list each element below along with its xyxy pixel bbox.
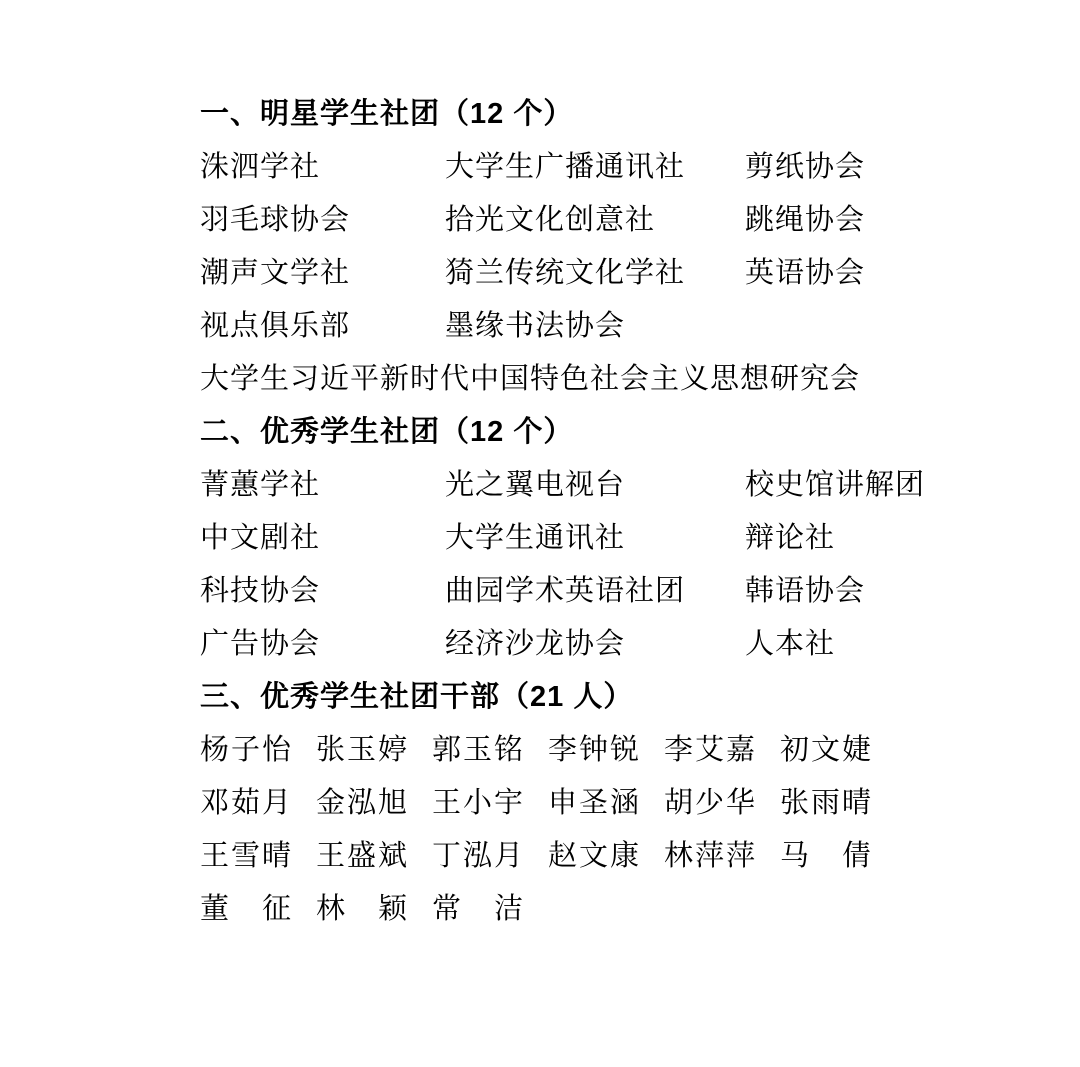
cadre-name: 初文婕 (780, 724, 873, 777)
cadre-name: 李艾嘉 (664, 724, 780, 777)
club-name: 菁蕙学社 (200, 459, 445, 512)
club-name: 校史馆讲解团 (745, 459, 925, 512)
cadre-name: 林 颖 (316, 883, 432, 936)
club-name: 剪纸协会 (745, 141, 865, 194)
document-page: 一、明星学生社团（12 个） 洙泗学社 大学生广播通讯社 剪纸协会 羽毛球协会 … (0, 0, 1080, 1067)
section-star-clubs: 一、明星学生社团（12 个） 洙泗学社 大学生广播通讯社 剪纸协会 羽毛球协会 … (200, 88, 1020, 406)
cadre-name: 邓茹月 (200, 777, 316, 830)
cadre-name: 金泓旭 (316, 777, 432, 830)
cadre-name: 郭玉铭 (432, 724, 548, 777)
club-name: 跳绳协会 (745, 194, 865, 247)
club-name: 拾光文化创意社 (445, 194, 745, 247)
club-name: 辩论社 (745, 512, 835, 565)
club-name: 科技协会 (200, 565, 445, 618)
club-name: 视点俱乐部 (200, 300, 445, 353)
club-name: 大学生通讯社 (445, 512, 745, 565)
club-name: 猗兰传统文化学社 (445, 247, 745, 300)
club-row: 羽毛球协会 拾光文化创意社 跳绳协会 (200, 194, 1020, 247)
club-name: 潮声文学社 (200, 247, 445, 300)
club-row: 广告协会 经济沙龙协会 人本社 (200, 618, 1020, 671)
section-excellent-clubs: 二、优秀学生社团（12 个） 菁蕙学社 光之翼电视台 校史馆讲解团 中文剧社 大… (200, 406, 1020, 671)
cadre-name: 张雨晴 (780, 777, 873, 830)
cadre-name: 王小宇 (432, 777, 548, 830)
cadre-name-row: 董 征 林 颖 常 洁 (200, 883, 1020, 936)
club-row: 科技协会 曲园学术英语社团 韩语协会 (200, 565, 1020, 618)
cadre-name: 王盛斌 (316, 830, 432, 883)
club-row: 视点俱乐部 墨缘书法协会 (200, 300, 1020, 353)
cadre-name: 董 征 (200, 883, 316, 936)
cadre-name: 马 倩 (780, 830, 873, 883)
club-name: 曲园学术英语社团 (445, 565, 745, 618)
club-row: 菁蕙学社 光之翼电视台 校史馆讲解团 (200, 459, 1020, 512)
cadre-name: 申圣涵 (548, 777, 664, 830)
club-row: 中文剧社 大学生通讯社 辩论社 (200, 512, 1020, 565)
cadre-name: 王雪晴 (200, 830, 316, 883)
section-star-clubs-heading: 一、明星学生社团（12 个） (200, 88, 1020, 141)
club-name: 经济沙龙协会 (445, 618, 745, 671)
section-excellent-clubs-heading: 二、优秀学生社团（12 个） (200, 406, 1020, 459)
cadre-name: 胡少华 (664, 777, 780, 830)
cadre-name: 赵文康 (548, 830, 664, 883)
cadre-name: 丁泓月 (432, 830, 548, 883)
cadre-name: 林萍萍 (664, 830, 780, 883)
club-name: 韩语协会 (745, 565, 865, 618)
cadre-name-row: 杨子怡 张玉婷 郭玉铭 李钟锐 李艾嘉 初文婕 (200, 724, 1020, 777)
club-name: 羽毛球协会 (200, 194, 445, 247)
cadre-name: 常 洁 (432, 883, 525, 936)
club-name: 洙泗学社 (200, 141, 445, 194)
cadre-name: 张玉婷 (316, 724, 432, 777)
section-club-cadres: 三、优秀学生社团干部（21 人） 杨子怡 张玉婷 郭玉铭 李钟锐 李艾嘉 初文婕… (200, 671, 1020, 936)
club-name: 大学生广播通讯社 (445, 141, 745, 194)
club-name: 英语协会 (745, 247, 865, 300)
club-row: 潮声文学社 猗兰传统文化学社 英语协会 (200, 247, 1020, 300)
club-name: 光之翼电视台 (445, 459, 745, 512)
club-name-full-width: 大学生习近平新时代中国特色社会主义思想研究会 (200, 353, 1020, 406)
club-name: 人本社 (745, 618, 835, 671)
club-row: 洙泗学社 大学生广播通讯社 剪纸协会 (200, 141, 1020, 194)
cadre-name: 杨子怡 (200, 724, 316, 777)
cadre-name-row: 王雪晴 王盛斌 丁泓月 赵文康 林萍萍 马 倩 (200, 830, 1020, 883)
cadre-name-row: 邓茹月 金泓旭 王小宇 申圣涵 胡少华 张雨晴 (200, 777, 1020, 830)
club-name: 中文剧社 (200, 512, 445, 565)
club-name: 广告协会 (200, 618, 445, 671)
cadre-name: 李钟锐 (548, 724, 664, 777)
section-club-cadres-heading: 三、优秀学生社团干部（21 人） (200, 671, 1020, 724)
club-name: 墨缘书法协会 (445, 300, 745, 353)
